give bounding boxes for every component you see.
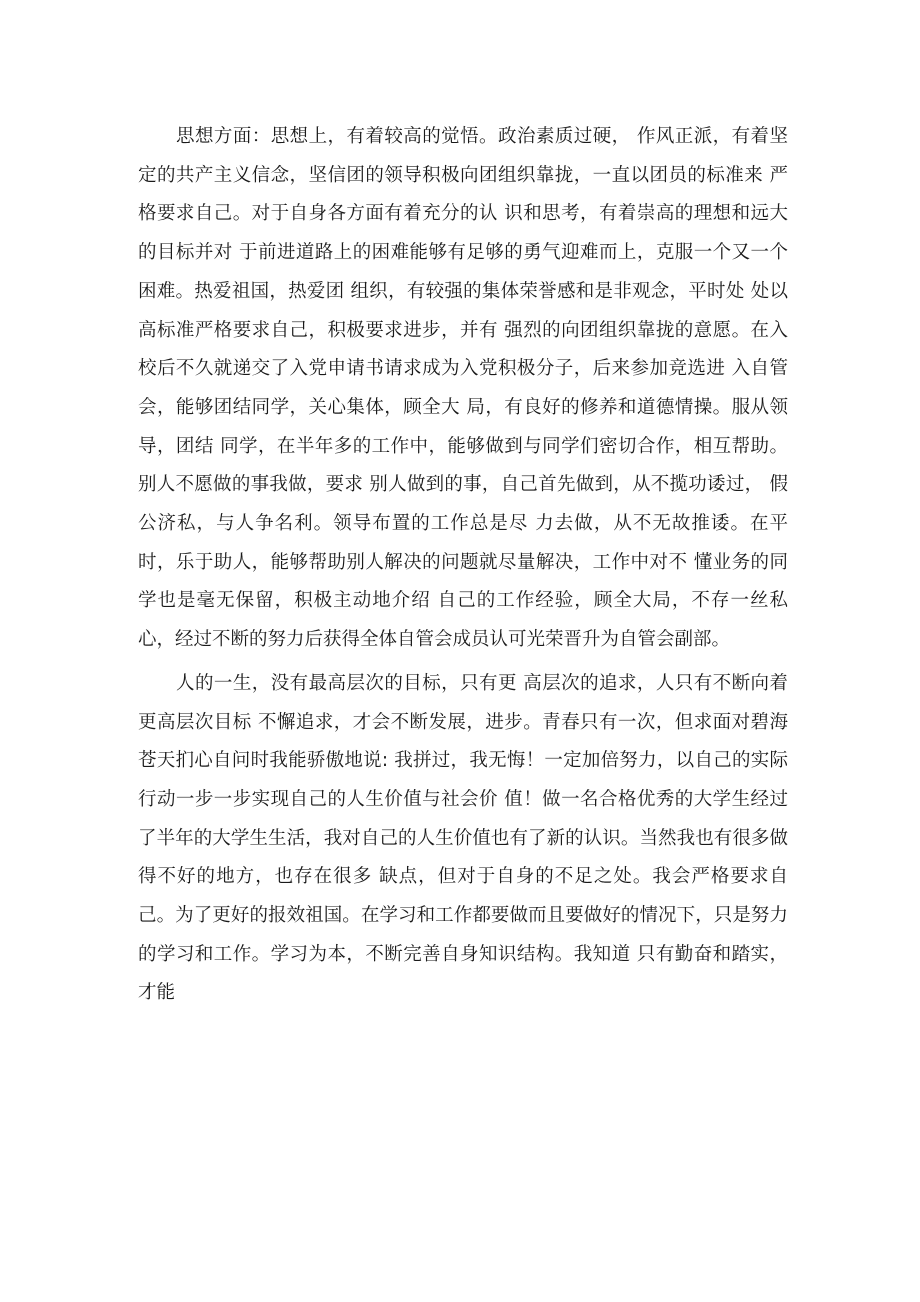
paragraph-life-goals: 人的一生，没有最高层次的目标，只有更 高层次的追求，人只有不断向着更高层次目标 … xyxy=(138,665,788,1013)
document-page: 思想方面：思想上，有着较高的觉悟。政治素质过硬， 作风正派，有着坚定的共产主义信… xyxy=(138,118,788,1013)
paragraph-ideology: 思想方面：思想上，有着较高的觉悟。政治素质过硬， 作风正派，有着坚定的共产主义信… xyxy=(138,118,788,660)
